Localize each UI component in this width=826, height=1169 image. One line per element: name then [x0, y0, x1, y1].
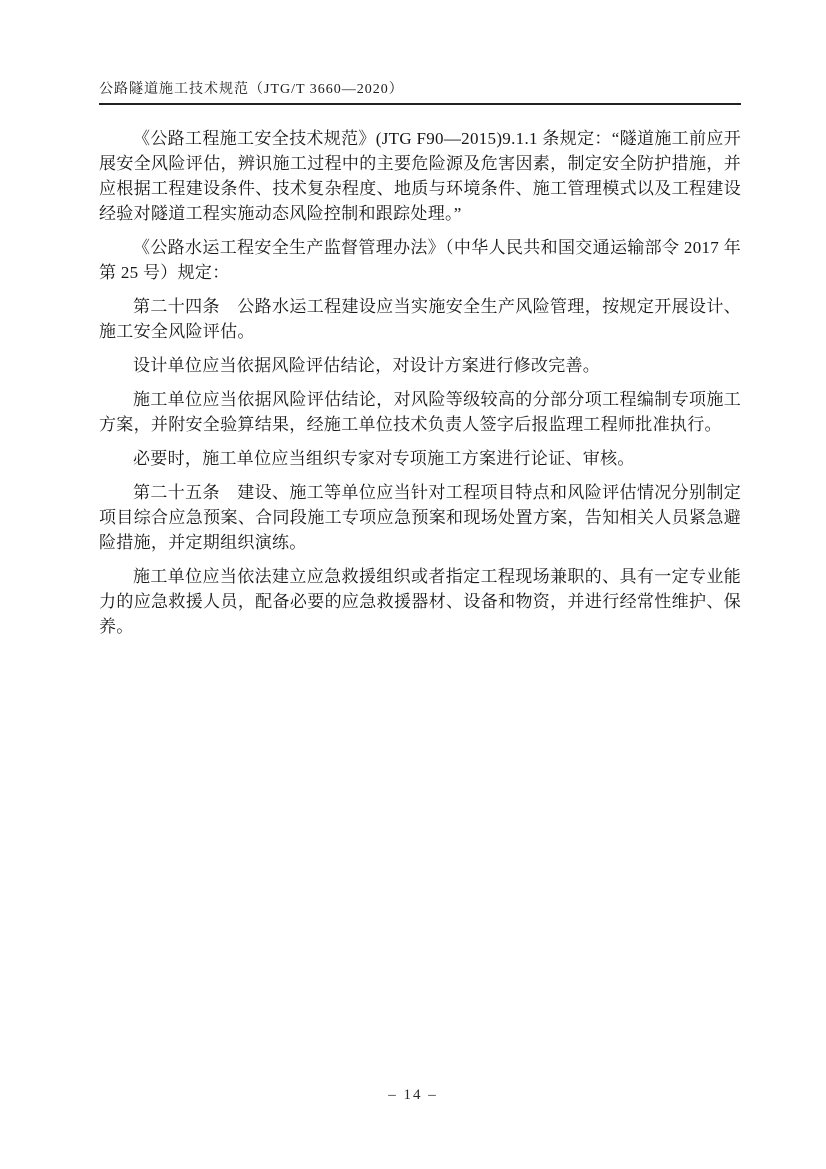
document-page: 公路隧道施工技术规范（JTG/T 3660—2020） 《公路工程施工安全技术规…	[0, 0, 826, 1169]
paragraph: 施工单位应当依据风险评估结论，对风险等级较高的分部分项工程编制专项施工方案，并附…	[99, 387, 741, 437]
paragraph: 第二十五条 建设、施工等单位应当针对工程项目特点和风险评估情况分别制定项目综合应…	[99, 480, 741, 555]
page-number: – 14 –	[0, 1087, 826, 1104]
paragraph: 第二十四条 公路水运工程建设应当实施安全生产风险管理，按规定开展设计、施工安全风…	[99, 294, 741, 344]
paragraph: 必要时，施工单位应当组织专家对专项施工方案进行论证、审核。	[99, 446, 741, 471]
running-header-title: 公路隧道施工技术规范（JTG/T 3660—2020）	[99, 78, 741, 103]
paragraph: 施工单位应当依法建立应急救援组织或者指定工程现场兼职的、具有一定专业能力的应急救…	[99, 564, 741, 639]
header-divider	[99, 103, 741, 105]
paragraph: 《公路水运工程安全生产监督管理办法》（中华人民共和国交通运输部令 2017 年第…	[99, 235, 741, 285]
body-text: 《公路工程施工安全技术规范》(JTG F90—2015)9.1.1 条规定：“隧…	[99, 126, 741, 639]
paragraph: 《公路工程施工安全技术规范》(JTG F90—2015)9.1.1 条规定：“隧…	[99, 126, 741, 226]
paragraph: 设计单位应当依据风险评估结论，对设计方案进行修改完善。	[99, 353, 741, 378]
page-content-area: 公路隧道施工技术规范（JTG/T 3660—2020） 《公路工程施工安全技术规…	[99, 78, 741, 648]
